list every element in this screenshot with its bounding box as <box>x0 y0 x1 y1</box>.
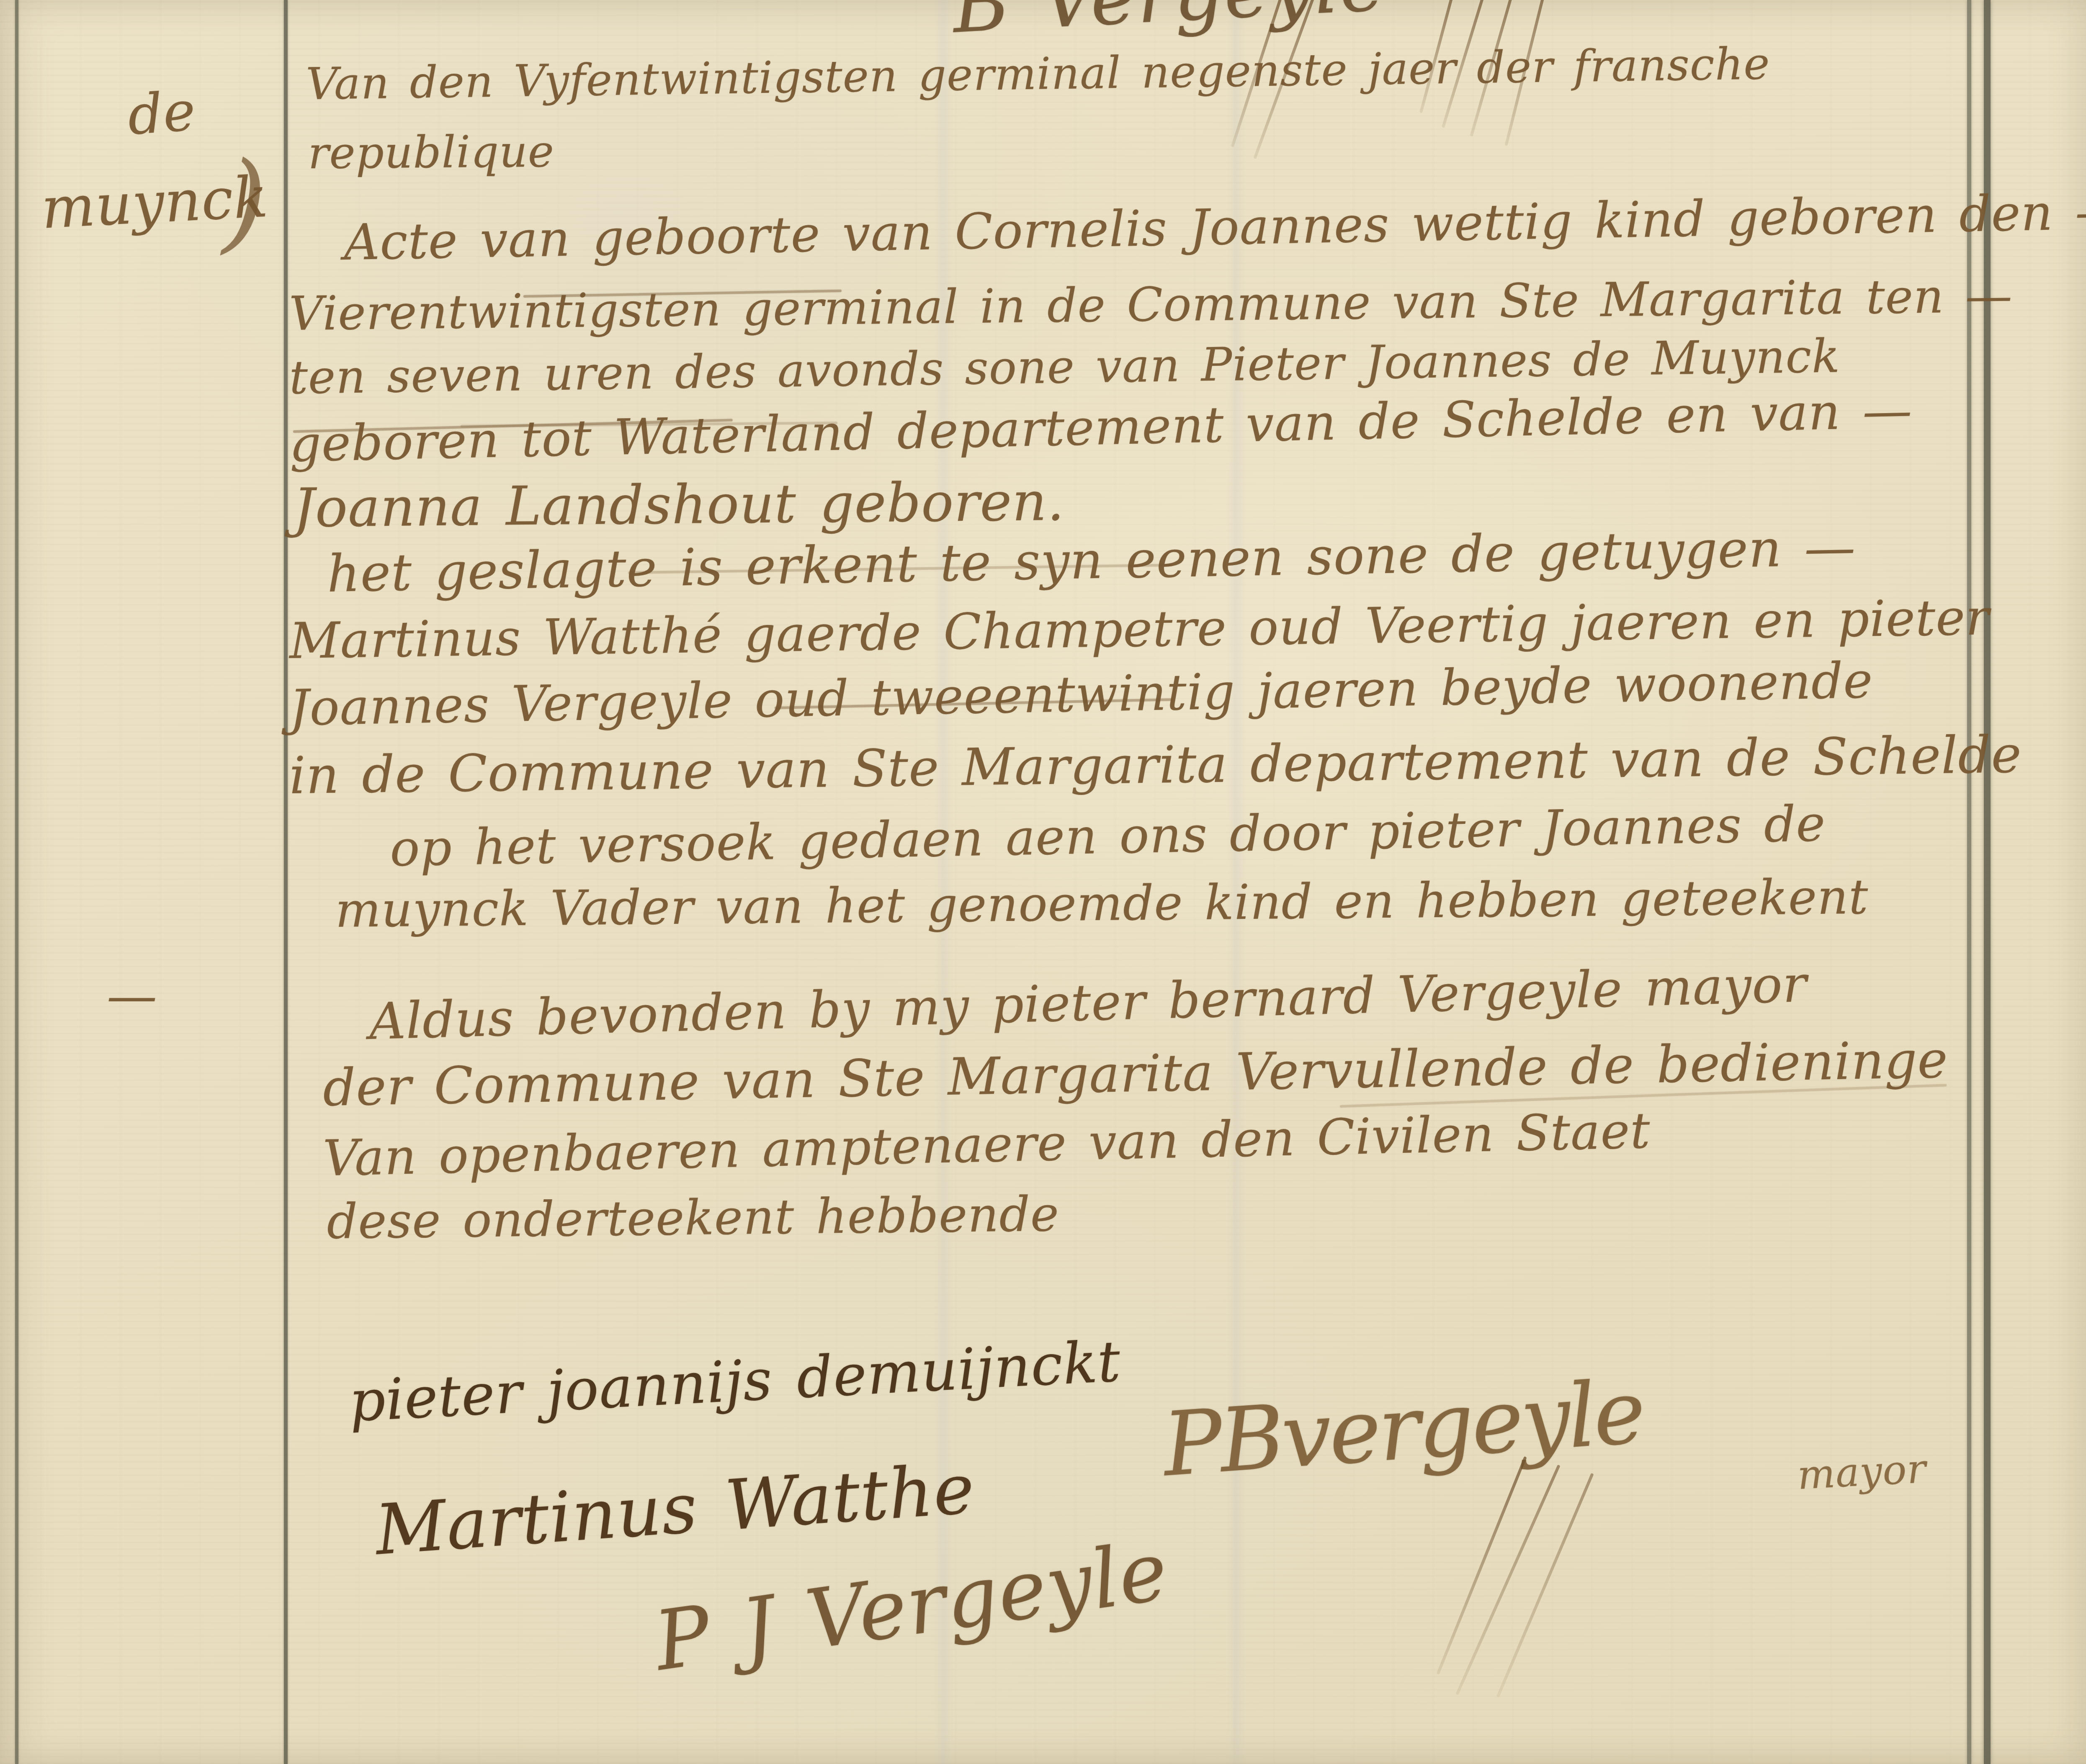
signature-witness1: pieter joannijs demuijnckt <box>348 1328 1122 1434</box>
body-line: republique <box>308 126 554 179</box>
body-line: Acte van geboorte van Cornelis Joannes w… <box>343 183 2086 271</box>
signature-bottom: P J Vergeyle <box>649 1523 1174 1689</box>
left-margin-rule-inner <box>284 0 288 1764</box>
body-line: muynck Vader van het genoemde kind en he… <box>335 869 1869 939</box>
margin-note-brace: ) <box>221 138 269 266</box>
flourish-stroke <box>1496 1473 1594 1698</box>
top-signature-fragment: B Vergeyle <box>950 0 1388 51</box>
body-line: op het versoek gedaen aen ons door piete… <box>389 795 1826 877</box>
signature-mayor-title: mayor <box>1796 1446 1927 1499</box>
body-line: Van openbaeren amptenaere van den Civile… <box>322 1102 1651 1187</box>
body-line: Joanna Landshout geboren. <box>293 471 1065 540</box>
signature-witness2: Martinus Watthe <box>373 1448 977 1571</box>
margin-note-line1: de <box>126 79 198 147</box>
document-page: B Vergeyle de muynck ) — Van den Vyfentw… <box>0 0 2086 1764</box>
margin-dash: — <box>107 967 157 1025</box>
right-margin-rule-inner <box>1967 0 1971 1764</box>
body-line: in de Commune van Ste Margarita departem… <box>289 725 2022 805</box>
body-line: Van den Vyfentwintigsten germinal negens… <box>306 38 1770 110</box>
left-margin-rule-outer <box>15 0 18 1764</box>
body-line: dese onderteekent hebbende <box>327 1186 1060 1250</box>
right-margin-rule-outer <box>1984 0 1991 1764</box>
